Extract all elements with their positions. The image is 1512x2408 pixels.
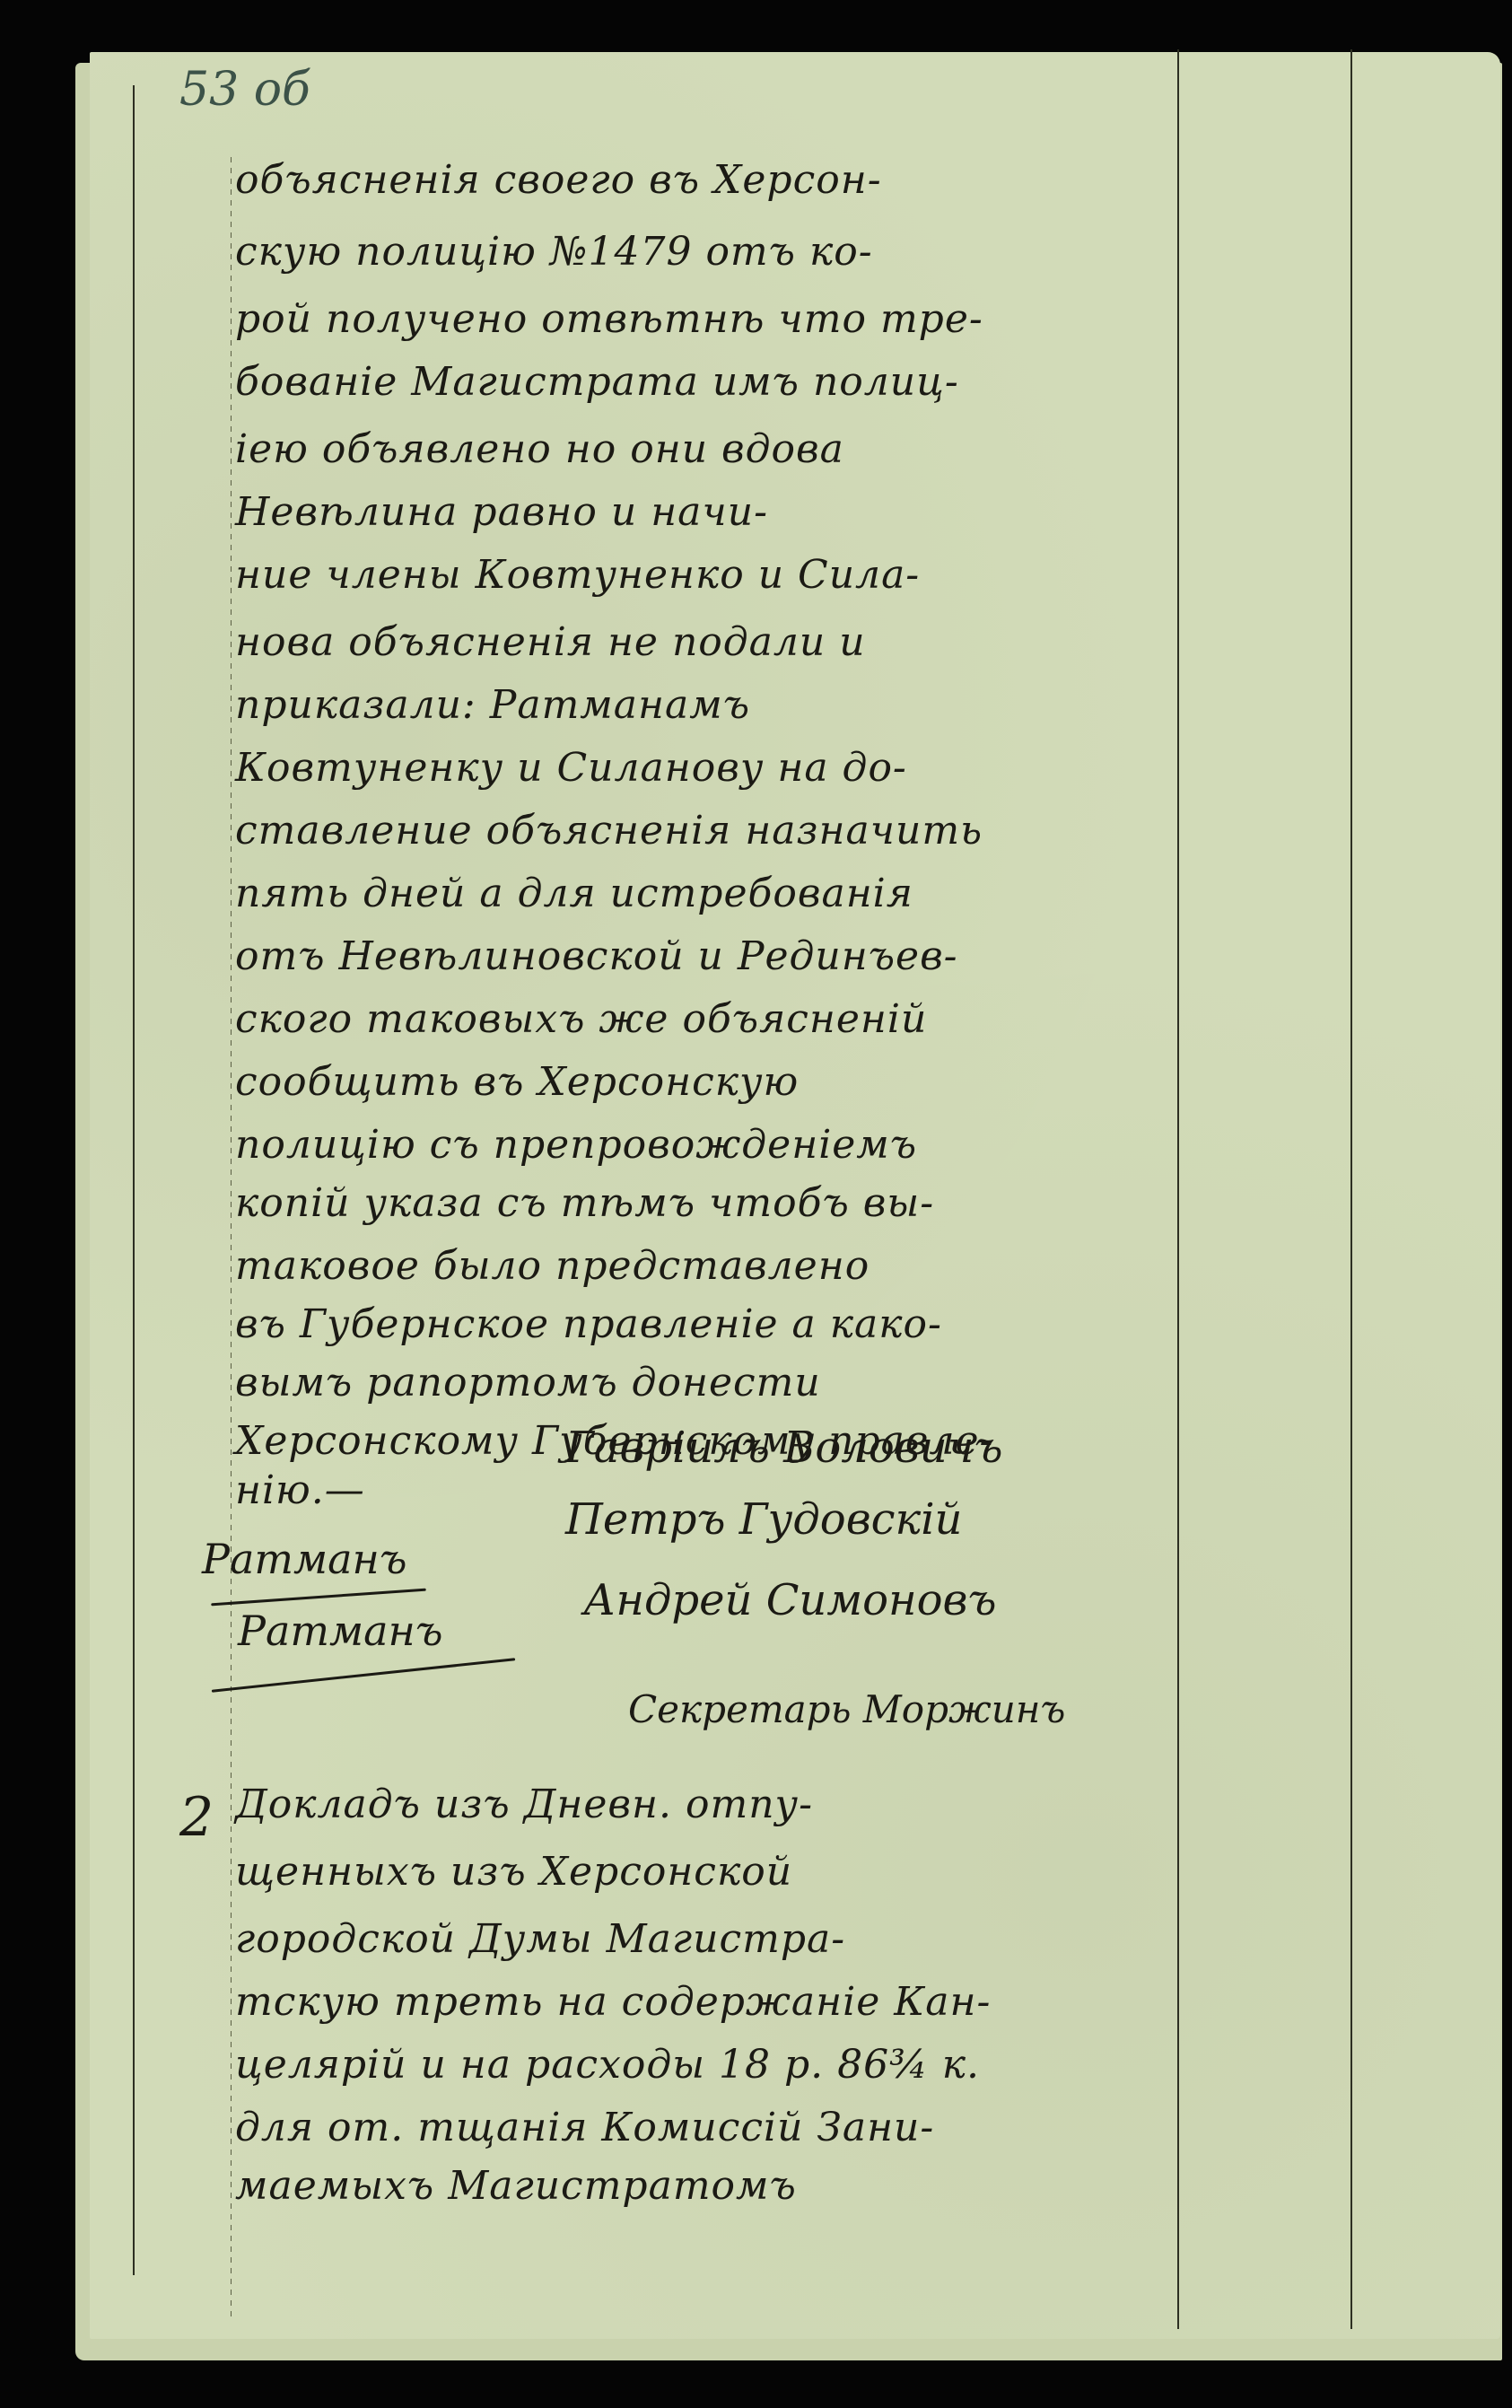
text-line: приказали: Ратманамъ (235, 682, 750, 728)
text-line: Ковтуненку и Силанову на до- (235, 745, 907, 791)
signature-left-2: Ратманъ (238, 1607, 443, 1655)
text-line: скую полицію №1479 отъ ко- (235, 229, 873, 275)
text-line: городской Думы Магистра- (235, 1916, 845, 1962)
text-line: для от. тщанія Комиссій Зани- (235, 2105, 934, 2150)
left-margin-rule (231, 157, 232, 2320)
text-line: нію.— (235, 1467, 365, 1513)
text-line: рой получено отвѣтнѣ что тре- (235, 296, 983, 342)
text-line: бованіе Магистрата имъ полиц- (235, 359, 959, 405)
text-line: сообщить въ Херсонскую (235, 1059, 799, 1105)
text-line: полицію съ препровожденіемъ (235, 1122, 917, 1168)
right-margin-rule (1177, 49, 1179, 2329)
signature-left-1: Ратманъ (202, 1535, 407, 1583)
right-column-rule (1350, 49, 1352, 2329)
text-line: Невѣлина равно и начи- (235, 489, 768, 535)
text-line: целярій и на расходы 18 р. 86¾ к. (235, 2042, 980, 2088)
folio-number: 53 об (179, 63, 310, 117)
text-line: Докладъ изъ Дневн. отпу- (235, 1782, 813, 1827)
text-line: іею объявлено но они вдова (235, 426, 844, 472)
text-line: ставление объясненія назначить (235, 808, 983, 854)
left-page-edge-line (133, 85, 135, 2275)
text-line: таковое было представлено (235, 1243, 870, 1289)
signature-simonov: Андрей Симоновъ (583, 1575, 996, 1625)
signature-gudovsky: Петръ Гудовскій (565, 1494, 962, 1545)
text-line: нова объясненія не подали и (235, 619, 866, 665)
text-line: пять дней а для истребованія (235, 871, 913, 916)
text-line: щенныхъ изъ Херсонской (235, 1849, 792, 1895)
text-line: объясненія своего въ Херсон- (235, 157, 882, 203)
signature-secretary: Секретарь Моржинъ (628, 1687, 1065, 1731)
text-line: копій указа съ тѣмъ чтобъ вы- (235, 1180, 934, 1226)
text-line: тскую треть на содержаніе Кан- (235, 1979, 991, 2025)
text-line: маемыхъ Магистратомъ (235, 2163, 797, 2209)
text-line: отъ Невѣлиновской и Рединъев- (235, 933, 958, 979)
text-line: ние члены Ковтуненко и Сила- (235, 552, 920, 598)
text-line: ского таковыхъ же объясненій (235, 996, 927, 1042)
text-line: въ Губернское правленіе а како- (235, 1301, 942, 1347)
signature-volovich: Гавріилъ Воловичъ (565, 1423, 1002, 1473)
text-line: вымъ рапортомъ донести (235, 1360, 821, 1405)
item-number: 2 (179, 1786, 214, 1849)
